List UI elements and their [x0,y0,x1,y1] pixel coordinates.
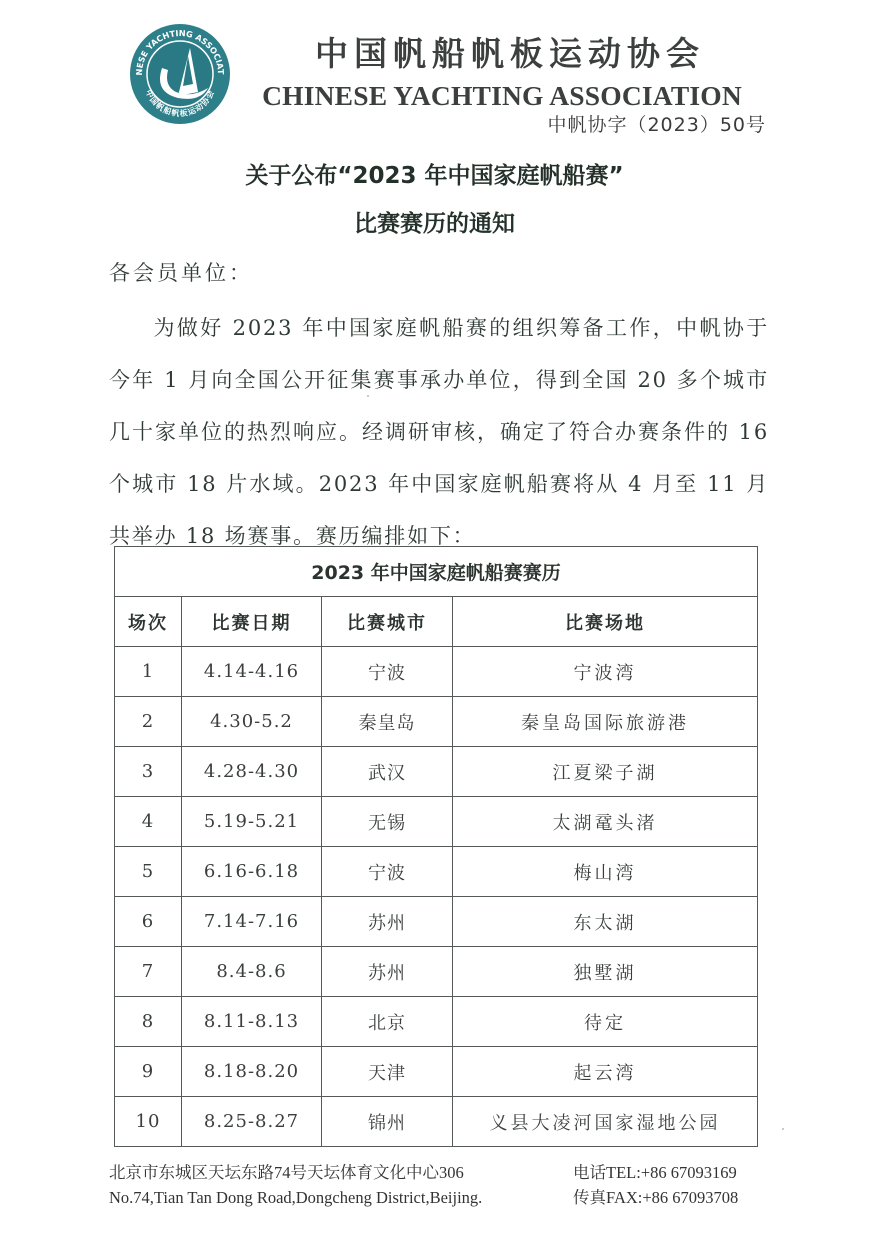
cell-date: 8.4-8.6 [182,947,322,997]
table-row: 7 8.4-8.6 苏州 独墅湖 [115,947,758,997]
table-caption-row: 2023 年中国家庭帆船赛赛历 [115,547,758,597]
cell-city: 宁波 [322,647,453,697]
table-row: 8 8.11-8.13 北京 待定 [115,997,758,1047]
telephone: 电话TEL:+86 67093169 [573,1160,763,1185]
footer-address: 北京市东城区天坛东路74号天坛体育文化中心306 No.74,Tian Tan … [109,1160,482,1210]
cell-no: 1 [115,647,182,697]
scan-speck [367,395,369,397]
association-logo: CHINESE YACHTING ASSOCIATION 中国帆船帆板运动协会 [128,22,232,126]
salutation: 各会员单位： [109,257,253,287]
cell-city: 苏州 [322,897,453,947]
cell-city: 天津 [322,1047,453,1097]
document-number: 中帆协字（2023）50号 [480,110,766,137]
cell-no: 4 [115,797,182,847]
cell-venue: 义县大凌河国家湿地公园 [453,1097,758,1147]
cell-venue: 独墅湖 [453,947,758,997]
notice-title-line1: 关于公布“2023 年中国家庭帆船赛” [100,157,769,190]
table-row: 1 4.14-4.16 宁波 宁波湾 [115,647,758,697]
org-name-en: CHINESE YACHTING ASSOCIATION [252,80,752,112]
cell-no: 8 [115,997,182,1047]
cell-venue: 东太湖 [453,897,758,947]
table-row: 3 4.28-4.30 武汉 江夏梁子湖 [115,747,758,797]
cell-venue: 太湖鼋头渚 [453,797,758,847]
table-row: 2 4.30-5.2 秦皇岛 秦皇岛国际旅游港 [115,697,758,747]
cell-date: 6.16-6.18 [182,847,322,897]
table-row: 9 8.18-8.20 天津 起云湾 [115,1047,758,1097]
table-row: 5 6.16-6.18 宁波 梅山湾 [115,847,758,897]
org-name-cn: 中国帆船帆板运动协会 [250,28,770,75]
address-cn: 北京市东城区天坛东路74号天坛体育文化中心306 [109,1160,482,1185]
cell-no: 10 [115,1097,182,1147]
cell-venue: 起云湾 [453,1047,758,1097]
cell-city: 秦皇岛 [322,697,453,747]
cell-date: 8.11-8.13 [182,997,322,1047]
table-caption: 2023 年中国家庭帆船赛赛历 [115,547,758,597]
address-en: No.74,Tian Tan Dong Road,Dongcheng Distr… [109,1185,482,1210]
body-paragraph: 为做好 2023 年中国家庭帆船赛的组织筹备工作，中帆协于今年 1 月向全国公开… [109,302,769,562]
cell-date: 8.25-8.27 [182,1097,322,1147]
cell-no: 2 [115,697,182,747]
body-paragraph-text: 为做好 2023 年中国家庭帆船赛的组织筹备工作，中帆协于今年 1 月向全国公开… [109,316,769,548]
cell-no: 5 [115,847,182,897]
cell-city: 锦州 [322,1097,453,1147]
cell-city: 无锡 [322,797,453,847]
cell-city: 武汉 [322,747,453,797]
cell-venue: 宁波湾 [453,647,758,697]
table-row: 4 5.19-5.21 无锡 太湖鼋头渚 [115,797,758,847]
header-venue: 比赛场地 [453,597,758,647]
header-city: 比赛城市 [322,597,453,647]
cell-date: 5.19-5.21 [182,797,322,847]
scan-speck [782,1128,784,1130]
sailboat-emblem-icon: CHINESE YACHTING ASSOCIATION 中国帆船帆板运动协会 [128,22,232,126]
cell-city: 北京 [322,997,453,1047]
cell-city: 宁波 [322,847,453,897]
header-no: 场次 [115,597,182,647]
cell-date: 8.18-8.20 [182,1047,322,1097]
cell-date: 4.28-4.30 [182,747,322,797]
cell-no: 9 [115,1047,182,1097]
table-row: 10 8.25-8.27 锦州 义县大凌河国家湿地公园 [115,1097,758,1147]
header-date: 比赛日期 [182,597,322,647]
cell-city: 苏州 [322,947,453,997]
cell-venue: 待定 [453,997,758,1047]
cell-date: 4.30-5.2 [182,697,322,747]
cell-no: 3 [115,747,182,797]
cell-date: 7.14-7.16 [182,897,322,947]
footer-contact: 电话TEL:+86 67093169 传真FAX:+86 67093708 [573,1160,763,1210]
table-row: 6 7.14-7.16 苏州 东太湖 [115,897,758,947]
cell-date: 4.14-4.16 [182,647,322,697]
cell-venue: 梅山湾 [453,847,758,897]
cell-no: 6 [115,897,182,947]
schedule-table: 2023 年中国家庭帆船赛赛历 场次 比赛日期 比赛城市 比赛场地 1 4.14… [114,546,758,1147]
cell-venue: 江夏梁子湖 [453,747,758,797]
fax: 传真FAX:+86 67093708 [573,1185,763,1210]
notice-title-line2: 比赛赛历的通知 [100,205,769,238]
table-header-row: 场次 比赛日期 比赛城市 比赛场地 [115,597,758,647]
cell-venue: 秦皇岛国际旅游港 [453,697,758,747]
cell-no: 7 [115,947,182,997]
